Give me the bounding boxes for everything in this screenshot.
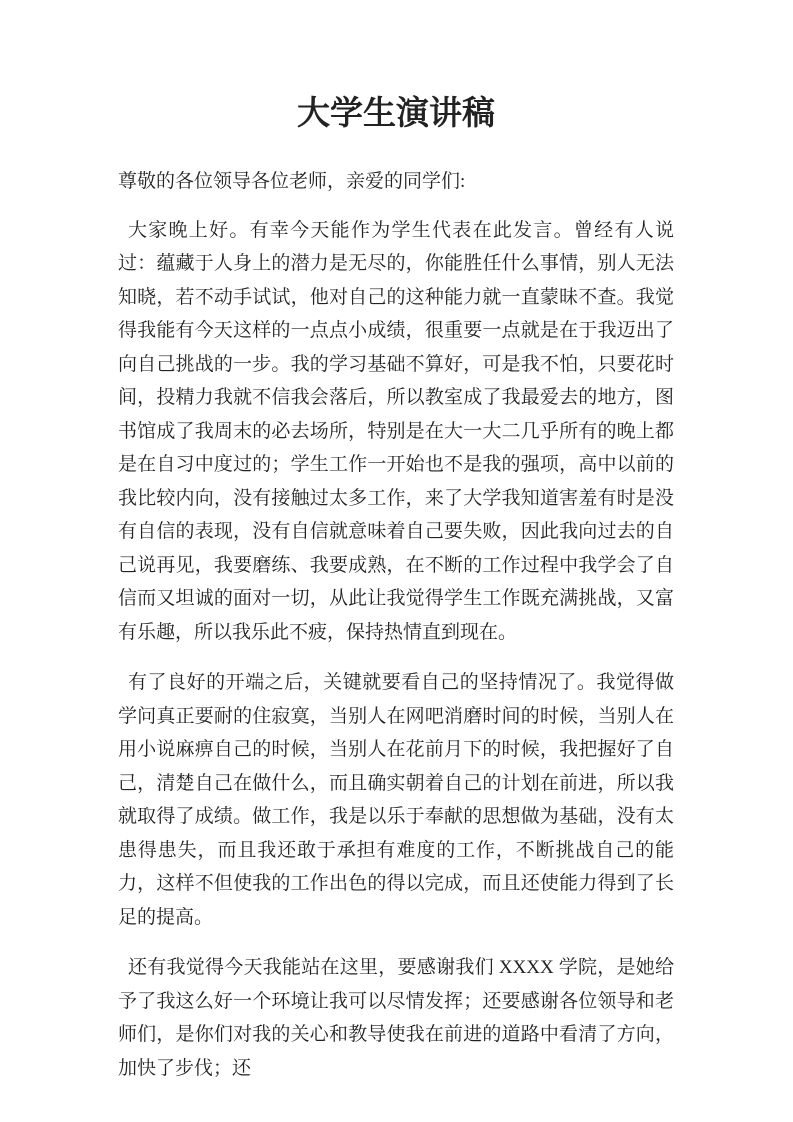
document-page: 大学生演讲稿 尊敬的各位领导各位老师，亲爱的同学们: 大家晚上好。有幸今天能作为… <box>0 0 793 1122</box>
body-paragraph-1: 大家晚上好。有幸今天能作为学生代表在此发言。曾经有人说过：蕴藏于人身上的潜力是无… <box>118 214 674 650</box>
body-paragraph-2: 有了良好的开端之后，关键就要看自己的坚持情况了。我觉得做学问真正要耐的住寂寞，当… <box>118 666 674 934</box>
body-paragraph-3: 还有我觉得今天我能站在这里，要感谢我们 XXXX 学院，是她给予了我这么好一个环… <box>118 951 674 1085</box>
salutation-line: 尊敬的各位领导各位老师，亲爱的同学们: <box>118 165 674 199</box>
document-title: 大学生演讲稿 <box>118 93 674 135</box>
